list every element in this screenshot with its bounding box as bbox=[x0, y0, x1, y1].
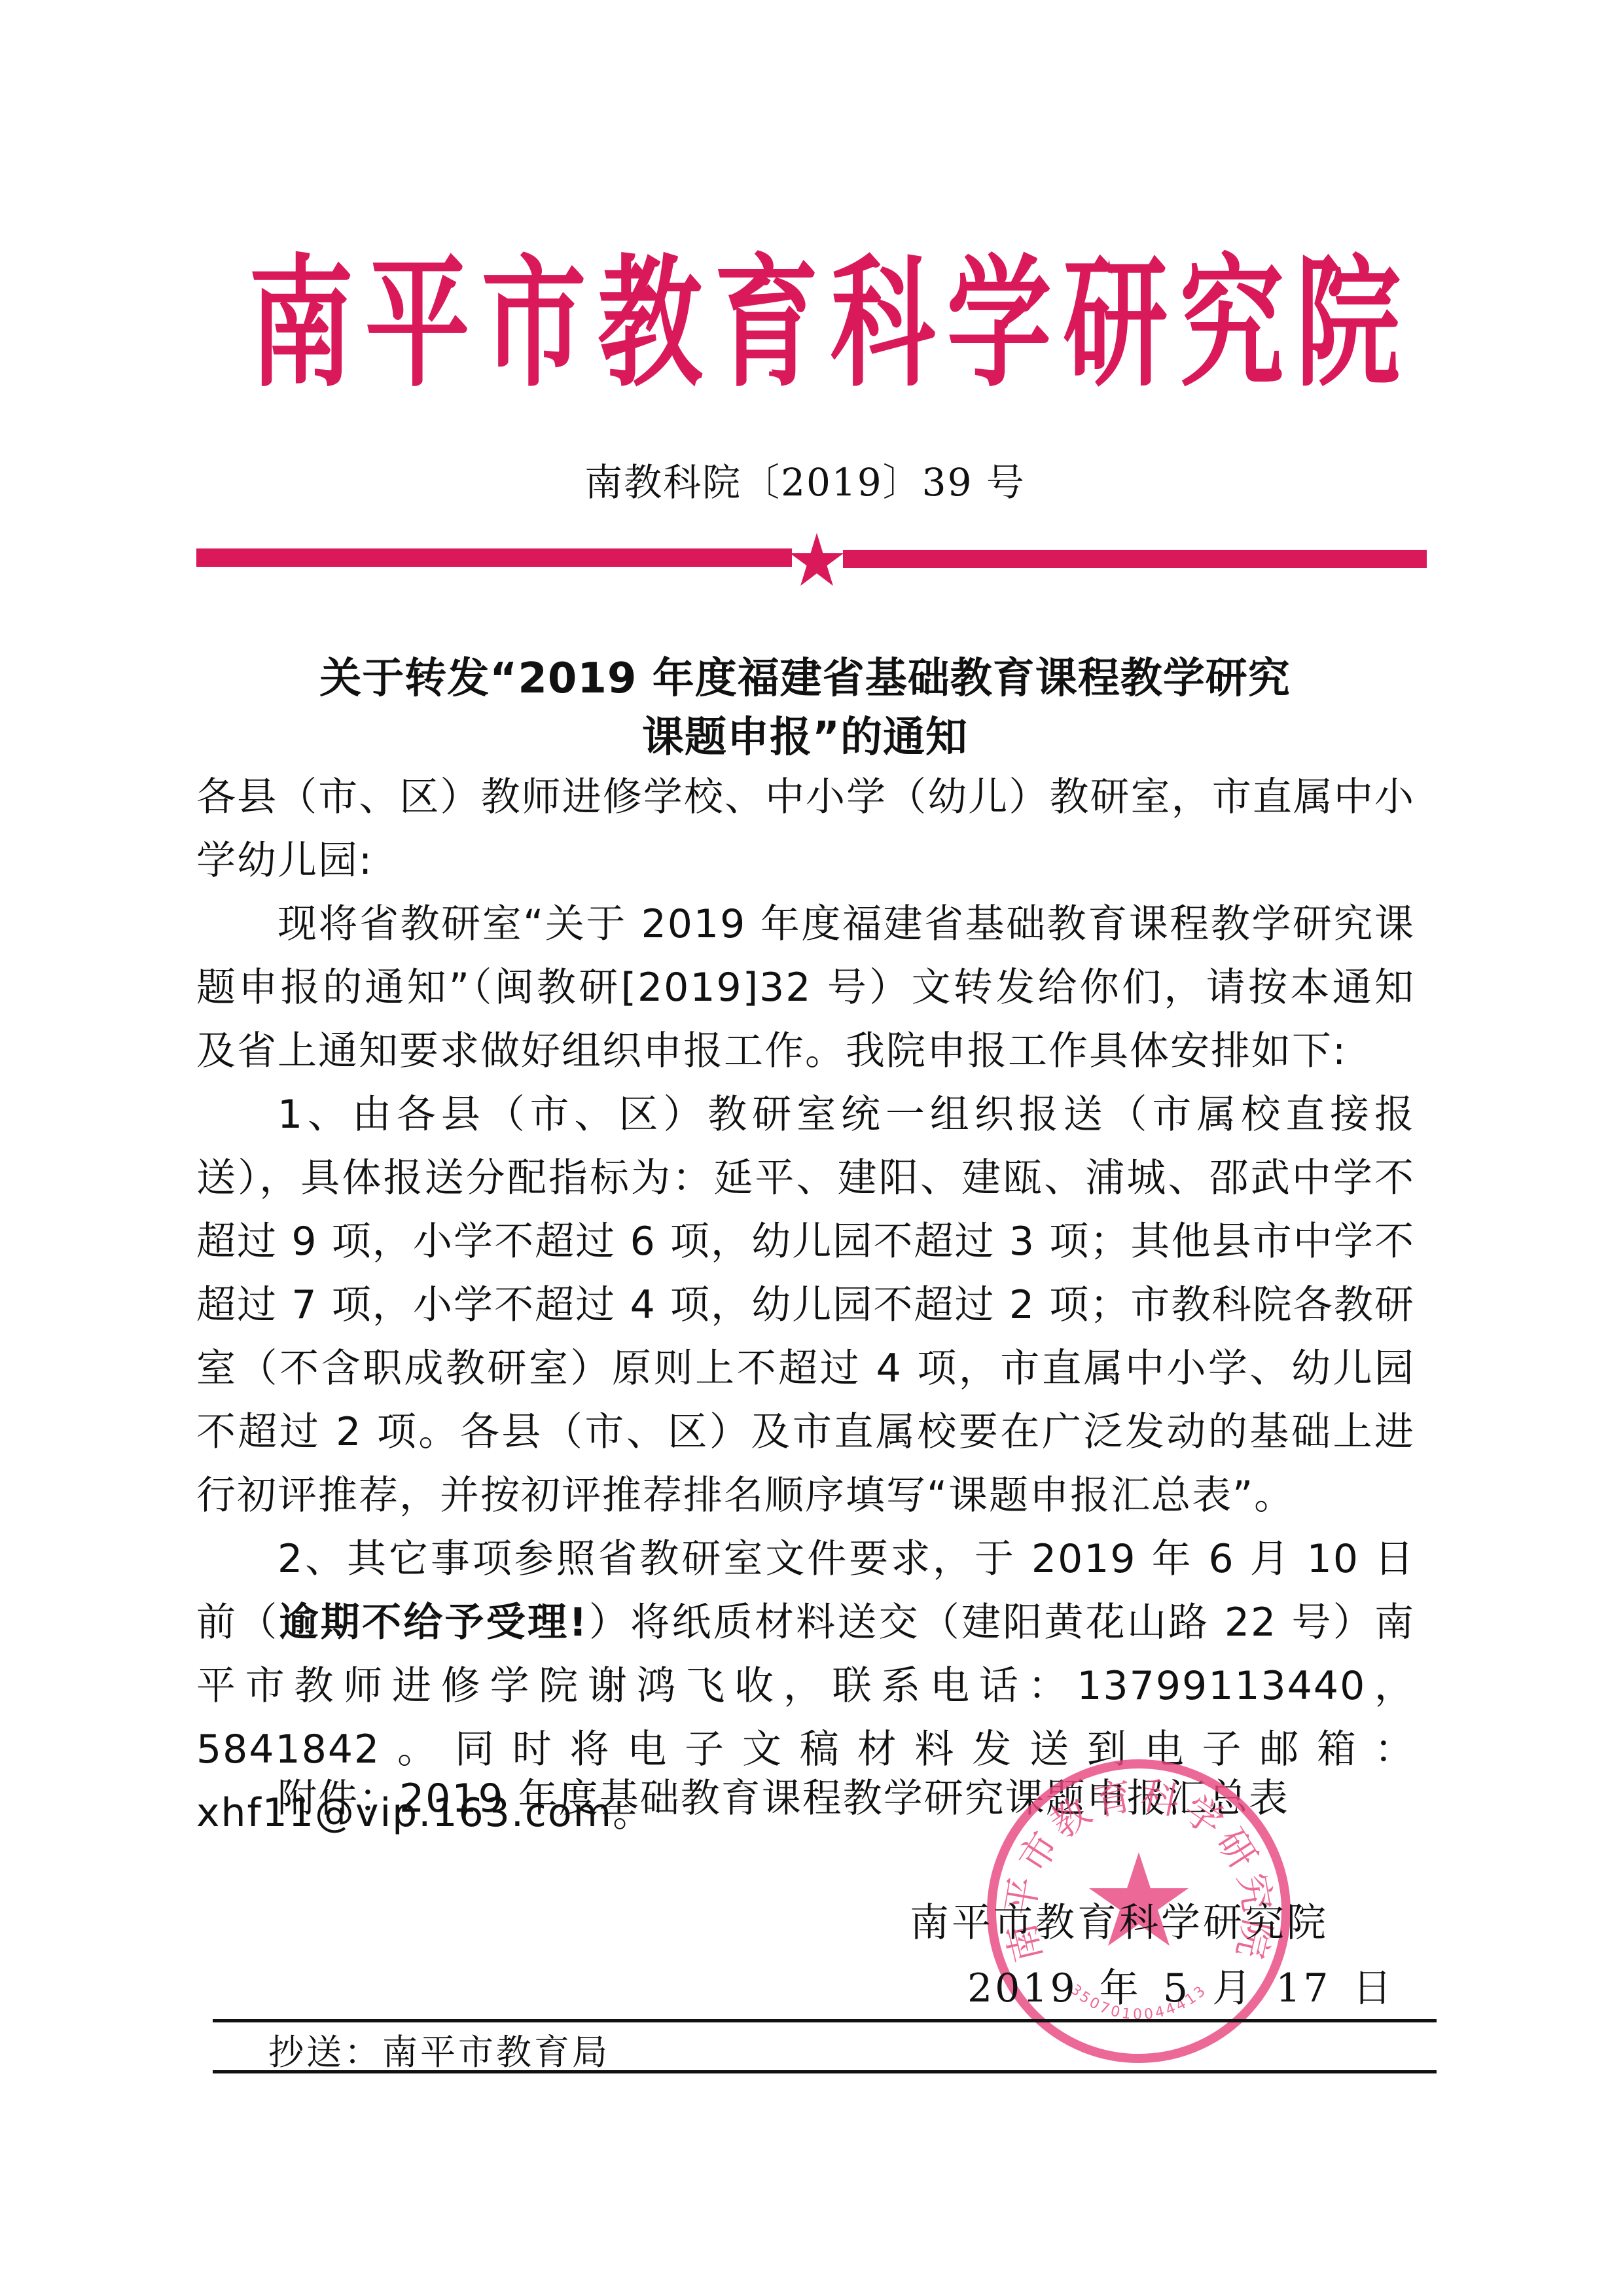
letterhead-char: 学 bbox=[947, 253, 1052, 395]
letterhead-char: 院 bbox=[1296, 253, 1401, 395]
item-1-paragraph: 1、由各县（市、区）教研室统一组织报送（市属校直接报送），具体报送分配指标为：延… bbox=[196, 1083, 1415, 1528]
letterhead-char: 育 bbox=[714, 253, 819, 395]
letterhead-char: 平 bbox=[365, 253, 470, 395]
letterhead-char: 教 bbox=[598, 253, 702, 395]
document-page: 南 平 市 教 育 科 学 研 究 院 南教科院〔2019〕39 号 关于转发“… bbox=[0, 0, 1610, 2296]
letterhead-char: 究 bbox=[1179, 253, 1284, 395]
signature-org: 南平市教育科学研究院 bbox=[910, 1892, 1329, 1948]
notice-title-line-1: 关于转发“2019 年度福建省基础教育课程教学研究 bbox=[0, 645, 1610, 705]
letterhead-char: 科 bbox=[831, 253, 935, 395]
star-icon bbox=[789, 529, 845, 591]
intro-paragraph: 现将省教研室“关于 2019 年度福建省基础教育课程教学研究课题申报的通知”（闽… bbox=[196, 893, 1415, 1083]
document-number: 南教科院〔2019〕39 号 bbox=[0, 452, 1610, 507]
letterhead-char: 市 bbox=[482, 253, 586, 395]
letterhead-char: 南 bbox=[249, 253, 353, 395]
letterhead-char: 研 bbox=[1063, 253, 1168, 395]
red-rule-left bbox=[196, 548, 792, 567]
notice-body: 各县（市、区）教师进修学校、中小学（幼儿）教研室，市直属中小学幼儿园: 现将省教… bbox=[196, 766, 1415, 1845]
cc-line: 抄送：南平市教育局 bbox=[268, 2024, 610, 2075]
red-rule-right bbox=[843, 550, 1427, 568]
salutation: 各县（市、区）教师进修学校、中小学（幼儿）教研室，市直属中小学幼儿园: bbox=[196, 766, 1415, 893]
late-warning: 逾期不给予受理! bbox=[279, 1600, 588, 1645]
footer-rule-top bbox=[213, 2019, 1437, 2022]
notice-title-line-2: 课题申报”的通知 bbox=[0, 704, 1610, 764]
letterhead: 南 平 市 教 育 科 学 研 究 院 bbox=[249, 249, 1401, 399]
signature-date: 2019 年 5 月 17 日 bbox=[967, 1957, 1395, 2013]
footer-rule-bottom bbox=[213, 2070, 1437, 2073]
